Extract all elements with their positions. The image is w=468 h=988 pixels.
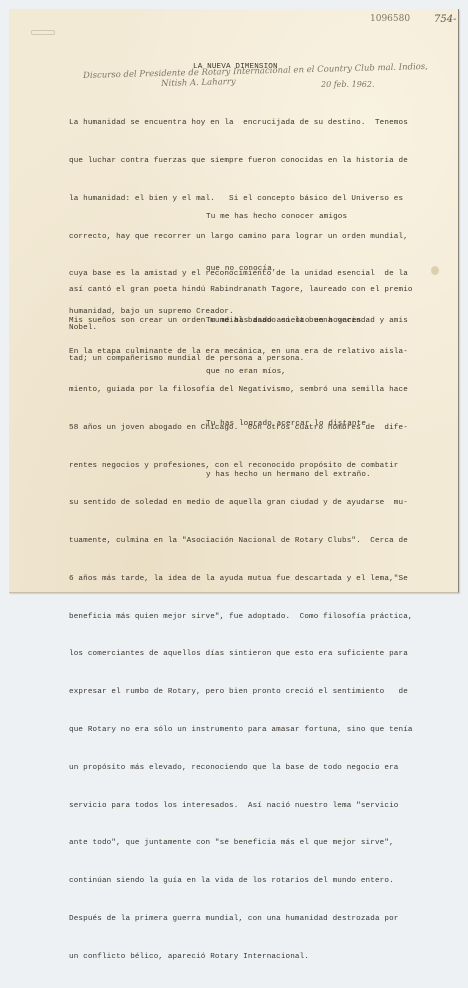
faint-stamp-mark: [31, 30, 55, 35]
paragraph-rotary-history: En la etapa culminante de la era mecánic…: [69, 321, 437, 600]
poem-line: Tu me has hecho conocer amigos: [206, 209, 371, 226]
text-line: En la etapa culminante de la era mecánic…: [69, 346, 437, 359]
text-line: su sentido de soledad en medio de aquell…: [69, 497, 437, 510]
folio-number: 754-: [434, 14, 456, 25]
text-line: 58 años un joven abogado en Chicago. Con…: [69, 422, 437, 435]
text-line: 6 años más tarde, la idea de la ayuda mu…: [69, 573, 437, 586]
archive-id-annotation: 1096580: [370, 14, 410, 24]
text-line: miento, guiada por la filosofía del Nega…: [69, 384, 437, 397]
text-line: que luchar contra fuerzas que siempre fu…: [69, 155, 437, 168]
text-line: La humanidad se encuentra hoy en la encr…: [69, 117, 437, 130]
paper-stain: [431, 266, 439, 275]
document-page: 1096580 754- LA NUEVA DIMENSION Discurso…: [9, 9, 459, 593]
paper-stain: [245, 368, 248, 373]
text-line: rentes negocios y profesiones, con el re…: [69, 460, 437, 473]
text-line: tuamente, culmina en la "Asociación Naci…: [69, 535, 437, 548]
handwritten-annotation-date: 20 feb. 1962.: [321, 80, 375, 89]
handwritten-annotation-line2: Nitish A. Laharry: [161, 77, 236, 89]
